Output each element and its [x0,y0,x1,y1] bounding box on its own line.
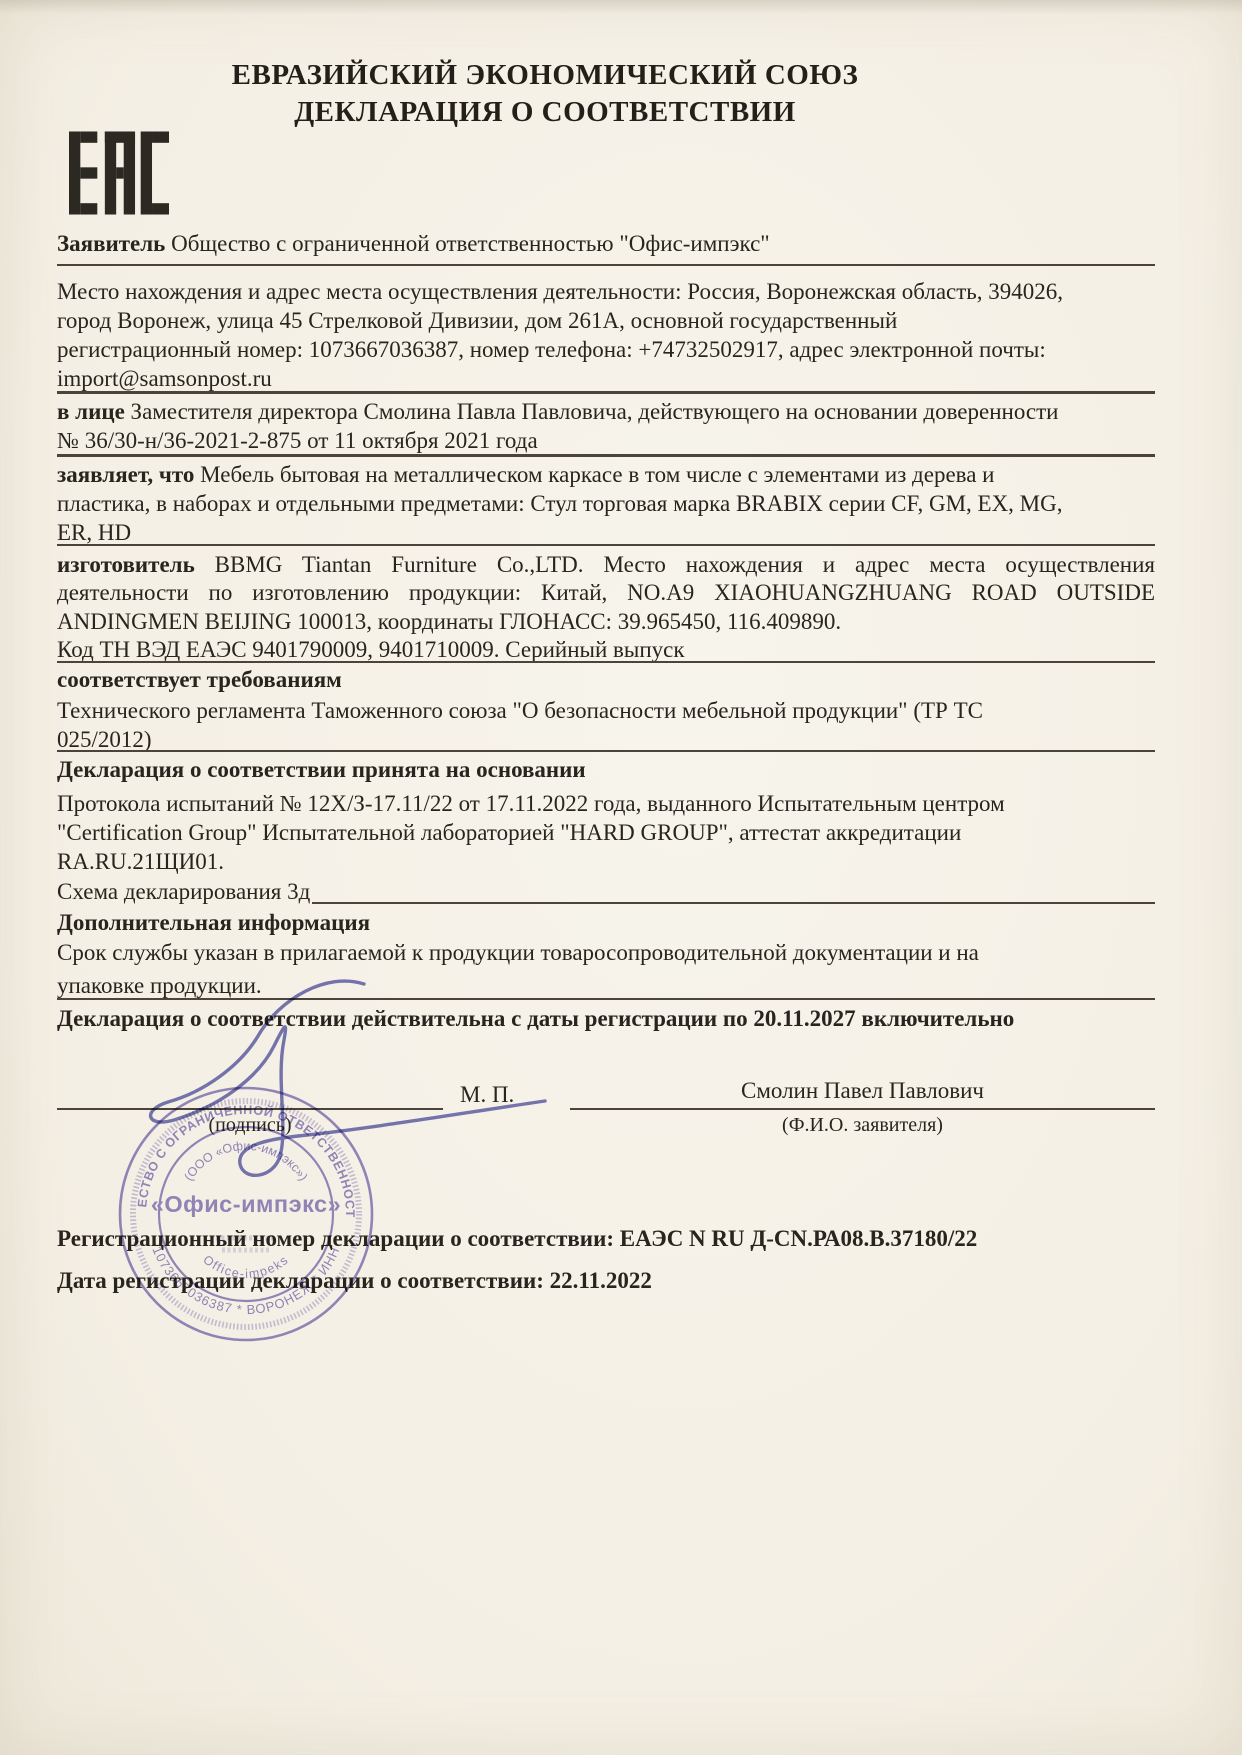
basis-line-1: Протокола испытаний № 12Х/З-17.11/22 от … [57,789,1155,818]
section-divider [57,391,1155,394]
section-divider [57,661,1155,663]
declaration-document: ЕВРАЗИЙСКИЙ ЭКОНОМИЧЕСКИЙ СОЮЗ ДЕКЛАРАЦИ… [0,0,1242,1755]
declares-label: заявляет, что [57,462,194,487]
declares-line-2: пластика, в наборах и отдельными предмет… [57,489,1155,518]
section-divider [57,454,1155,457]
basis-line-2: "Certification Group" Испытательной лабо… [57,818,1155,847]
representative-label: в лице [57,399,125,424]
signature-scribble [112,970,582,1210]
basis-line-3: RA.RU.21ЩИ01. [57,847,1155,876]
compliance-heading: соответствует требованиям [57,665,1155,694]
name-line [570,1108,1155,1110]
representative-value: Заместителя директора Смолина Павла Павл… [131,399,1059,424]
eac-mark-logo [69,130,169,221]
declares-value: Мебель бытовая на металлическом каркасе … [200,462,994,487]
name-caption: (Ф.И.О. заявителя) [570,1113,1155,1137]
page-title: ЕВРАЗИЙСКИЙ ЭКОНОМИЧЕСКИЙ СОЮЗ [0,58,1090,92]
section-divider [57,264,1155,266]
applicant-value: Общество с ограниченной ответственностью… [171,231,770,256]
manufacturer-line-4: Код ТН ВЭД ЕАЭС 9401790009, 9401710009. … [57,635,1155,664]
basis-heading: Декларация о соответствии принята на осн… [57,755,1155,784]
representative-line-1: в лице Заместителя директора Смолина Пав… [57,397,1155,426]
manufacturer-line-2: деятельности по изготовлению продукции: … [57,578,1155,607]
section-divider [57,750,1155,752]
additional-heading: Дополнительная информация [57,908,1155,937]
stamp-inner-bottom-text: Office-impeks [200,1252,291,1281]
signatory-name: Смолин Павел Павлович [570,1078,1155,1104]
additional-line-1: Срок службы указан в прилагаемой к проду… [57,936,1155,969]
section-divider [312,902,1155,904]
manufacturer-line-1: изготовитель BBMG Tiantan Furniture Co.,… [57,550,1155,579]
address-line-2: город Воронеж, улица 45 Стрелковой Дивиз… [57,306,1155,335]
declares-line-1: заявляет, что Мебель бытовая на металлич… [57,460,1155,489]
page-subtitle: ДЕКЛАРАЦИЯ О СООТВЕТСТВИИ [0,95,1090,129]
svg-text:Office-impeks: Office-impeks [200,1252,291,1281]
section-divider [57,544,1155,546]
representative-line-2: № 36/30-н/36-2021-2-875 от 11 октября 20… [57,426,1155,455]
address-line-1: Место нахождения и адрес места осуществл… [57,277,1155,306]
applicant-label: Заявитель [57,231,165,256]
manufacturer-line-3: ANDINGMEN BEIJING 100013, координаты ГЛО… [57,607,1155,636]
compliance-line-1: Технического регламента Таможенного союз… [57,696,1155,725]
address-line-4: import@samsonpost.ru [57,364,1155,393]
manufacturer-value: BBMG Tiantan Furniture Co.,LTD. Место на… [215,552,1155,577]
address-line-3: регистрационный номер: 1073667036387, но… [57,335,1155,364]
manufacturer-label: изготовитель [57,552,195,577]
applicant-line: Заявитель Общество с ограниченной ответс… [57,229,1155,258]
declares-line-3: ER, HD [57,518,1155,547]
